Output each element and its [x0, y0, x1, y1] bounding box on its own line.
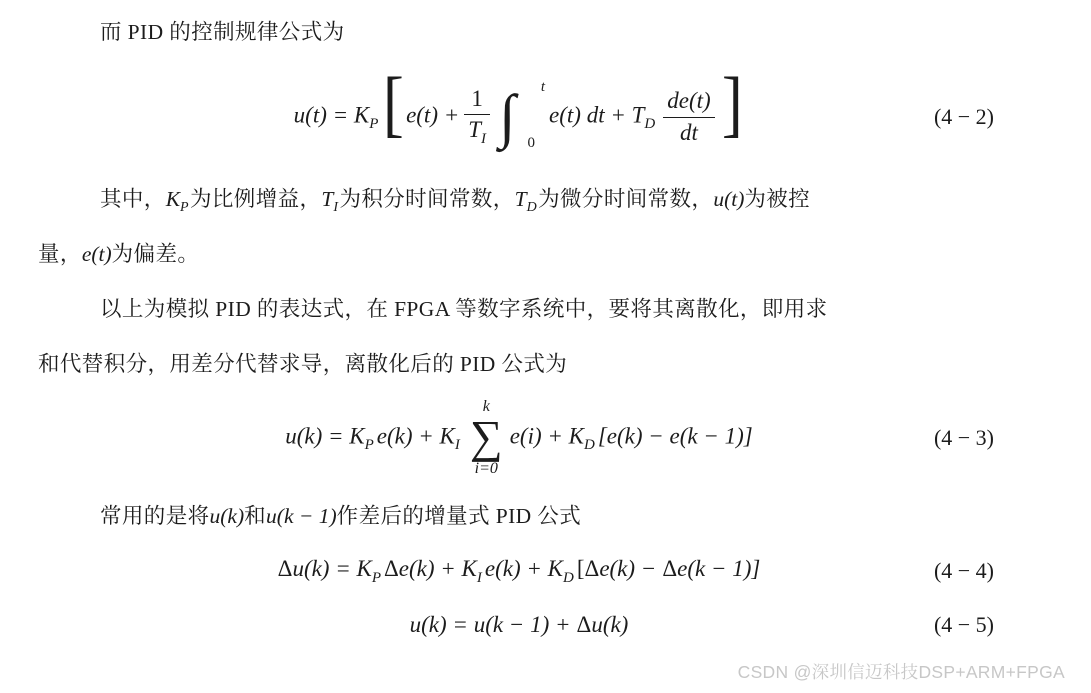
eq42-term2-subscript: D	[644, 116, 655, 132]
math-uk: u(k)	[210, 504, 245, 528]
integral-glyph: ∫	[499, 86, 515, 146]
paragraph-intro: 而 PID 的控制规律公式为	[38, 16, 1011, 48]
math-TD: T	[515, 187, 527, 211]
summation-glyph: ∑	[470, 416, 503, 458]
integral-lower-limit: 0	[528, 134, 536, 152]
eq43-sub-P: P	[365, 437, 374, 453]
eq42-lhs-subscript: P	[369, 116, 378, 132]
eq45-term1: u(k) = u(k − 1) +	[410, 612, 571, 637]
eq42-term1: e(t) +	[406, 102, 459, 127]
equation-number-4-2: (4 − 2)	[934, 104, 994, 130]
text-run: 其中，	[100, 187, 166, 211]
eq44-open-bracket-delta: [Δ	[577, 556, 599, 581]
eq42-frac1-numerator: 1	[464, 86, 490, 114]
eq43-term3: e(i) + K	[510, 423, 584, 448]
eq43-term1: u(k) = K	[285, 423, 364, 448]
math-KP: K	[166, 187, 180, 211]
eq43-term2: e(k) + K	[377, 423, 455, 448]
integral-upper-limit: t	[541, 78, 545, 96]
delta-symbol: Δ	[577, 612, 592, 637]
eq44-term5: e(k) −	[599, 556, 656, 581]
delta-symbol: Δ	[662, 556, 677, 581]
csdn-watermark: CSDN @深圳信迈科技DSP+ARM+FPGA	[738, 659, 1065, 684]
eq44-term1: u(k) = K	[292, 556, 371, 581]
equation-4-2: u(t) = KP[e(t) +1TI∫t0e(t) dt + TDde(t)d…	[38, 62, 1000, 172]
equation-4-4: Δu(k) = KPΔe(k) + KIe(k) + KD[Δe(k) −Δe(…	[38, 546, 1000, 596]
paragraph-discretize-line1: 以上为模拟 PID 的表达式，在 FPGA 等数字系统中，要将其离散化，即用求	[38, 293, 1011, 325]
math-TI: T	[321, 187, 333, 211]
eq42-frac1-den-sub: I	[481, 131, 486, 147]
paragraph-where-line2: 量，e(t)为偏差。	[38, 238, 1011, 270]
intro-text: 而 PID 的控制规律公式为	[100, 20, 345, 44]
summation-lower-limit: i=0	[475, 461, 498, 477]
eq43-term4: [e(k) − e(k − 1)]	[598, 423, 753, 448]
text-run: 常用的是将	[100, 504, 210, 528]
delta-symbol: Δ	[278, 556, 293, 581]
paragraph-incremental: 常用的是将u(k)和u(k − 1)作差后的增量式 PID 公式	[38, 500, 1011, 532]
summation-sign: k∑i=0	[470, 399, 503, 477]
eq44-sub-D: D	[563, 570, 574, 586]
text-run: 为积分时间常数，	[339, 187, 514, 211]
paragraph-where-line1: 其中，KP为比例增益，TI为积分时间常数，TD为微分时间常数，u(t)为被控	[38, 183, 1011, 224]
math-ut: u(t)	[713, 187, 744, 211]
equation-4-4-body: Δu(k) = KPΔe(k) + KIe(k) + KD[Δe(k) −Δe(…	[278, 555, 761, 587]
eq43-sub-I: I	[455, 437, 460, 453]
text-run: 量，	[38, 242, 82, 266]
eq42-frac1-denominator: TI	[464, 114, 490, 148]
eq44-term3: e(k) + K	[485, 556, 563, 581]
math-TI-sub: I	[333, 200, 338, 215]
text-run: 为微分时间常数，	[538, 187, 713, 211]
text-run: 为被控	[744, 187, 810, 211]
equation-number-4-4: (4 − 4)	[934, 558, 994, 584]
paragraph-discretize-line2: 和代替积分，用差分代替求导，离散化后的 PID 公式为	[38, 348, 1011, 380]
eq42-frac1-den-base: T	[468, 117, 481, 142]
text-run: 作差后的增量式 PID 公式	[337, 504, 582, 528]
eq42-term2: e(t) dt + T	[549, 102, 644, 127]
math-uk-1: u(k − 1)	[266, 504, 337, 528]
eq44-sub-I: I	[477, 570, 482, 586]
document-page: 而 PID 的控制规律公式为 u(t) = KP[e(t) +1TI∫t0e(t…	[0, 0, 1091, 693]
eq42-frac2-numerator: de(t)	[663, 88, 714, 116]
integral-sign: ∫t0	[499, 80, 547, 154]
eq42-frac2-denominator: dt	[663, 117, 714, 146]
eq44-term6: e(k − 1)]	[677, 556, 760, 581]
eq42-lhs: u(t) = K	[294, 102, 370, 127]
math-TD-sub: D	[527, 200, 538, 215]
equation-4-3: u(k) = KPe(k) + KIk∑i=0e(i) + KD[e(k) − …	[38, 388, 1000, 488]
equation-4-3-body: u(k) = KPe(k) + KIk∑i=0e(i) + KD[e(k) − …	[285, 399, 753, 477]
eq45-term2: u(k)	[591, 612, 628, 637]
eq42-fraction-derivative: de(t)dt	[663, 88, 714, 146]
eq42-fraction-1-over-TI: 1TI	[464, 86, 490, 149]
math-et: e(t)	[82, 242, 112, 266]
equation-number-4-5: (4 − 5)	[934, 612, 994, 638]
text-run: 以上为模拟 PID 的表达式，在 FPGA 等数字系统中，要将其离散化，即用求	[100, 297, 828, 321]
delta-symbol: Δ	[384, 556, 399, 581]
equation-4-5: u(k) = u(k − 1) +Δu(k) (4 − 5)	[38, 600, 1000, 650]
eq44-term2: e(k) + K	[399, 556, 477, 581]
text-run: 为偏差。	[112, 242, 200, 266]
text-run: 为比例增益，	[190, 187, 321, 211]
text-run: 和代替积分，用差分代替求导，离散化后的 PID 公式为	[38, 352, 567, 376]
text-run: 和	[244, 504, 266, 528]
math-KP-sub: P	[180, 200, 189, 215]
eq44-sub-P: P	[372, 570, 381, 586]
equation-number-4-3: (4 − 3)	[934, 425, 994, 451]
equation-4-5-body: u(k) = u(k − 1) +Δu(k)	[410, 611, 629, 639]
equation-4-2-body: u(t) = KP[e(t) +1TI∫t0e(t) dt + TDde(t)d…	[294, 80, 745, 154]
eq43-sub-D: D	[584, 437, 595, 453]
